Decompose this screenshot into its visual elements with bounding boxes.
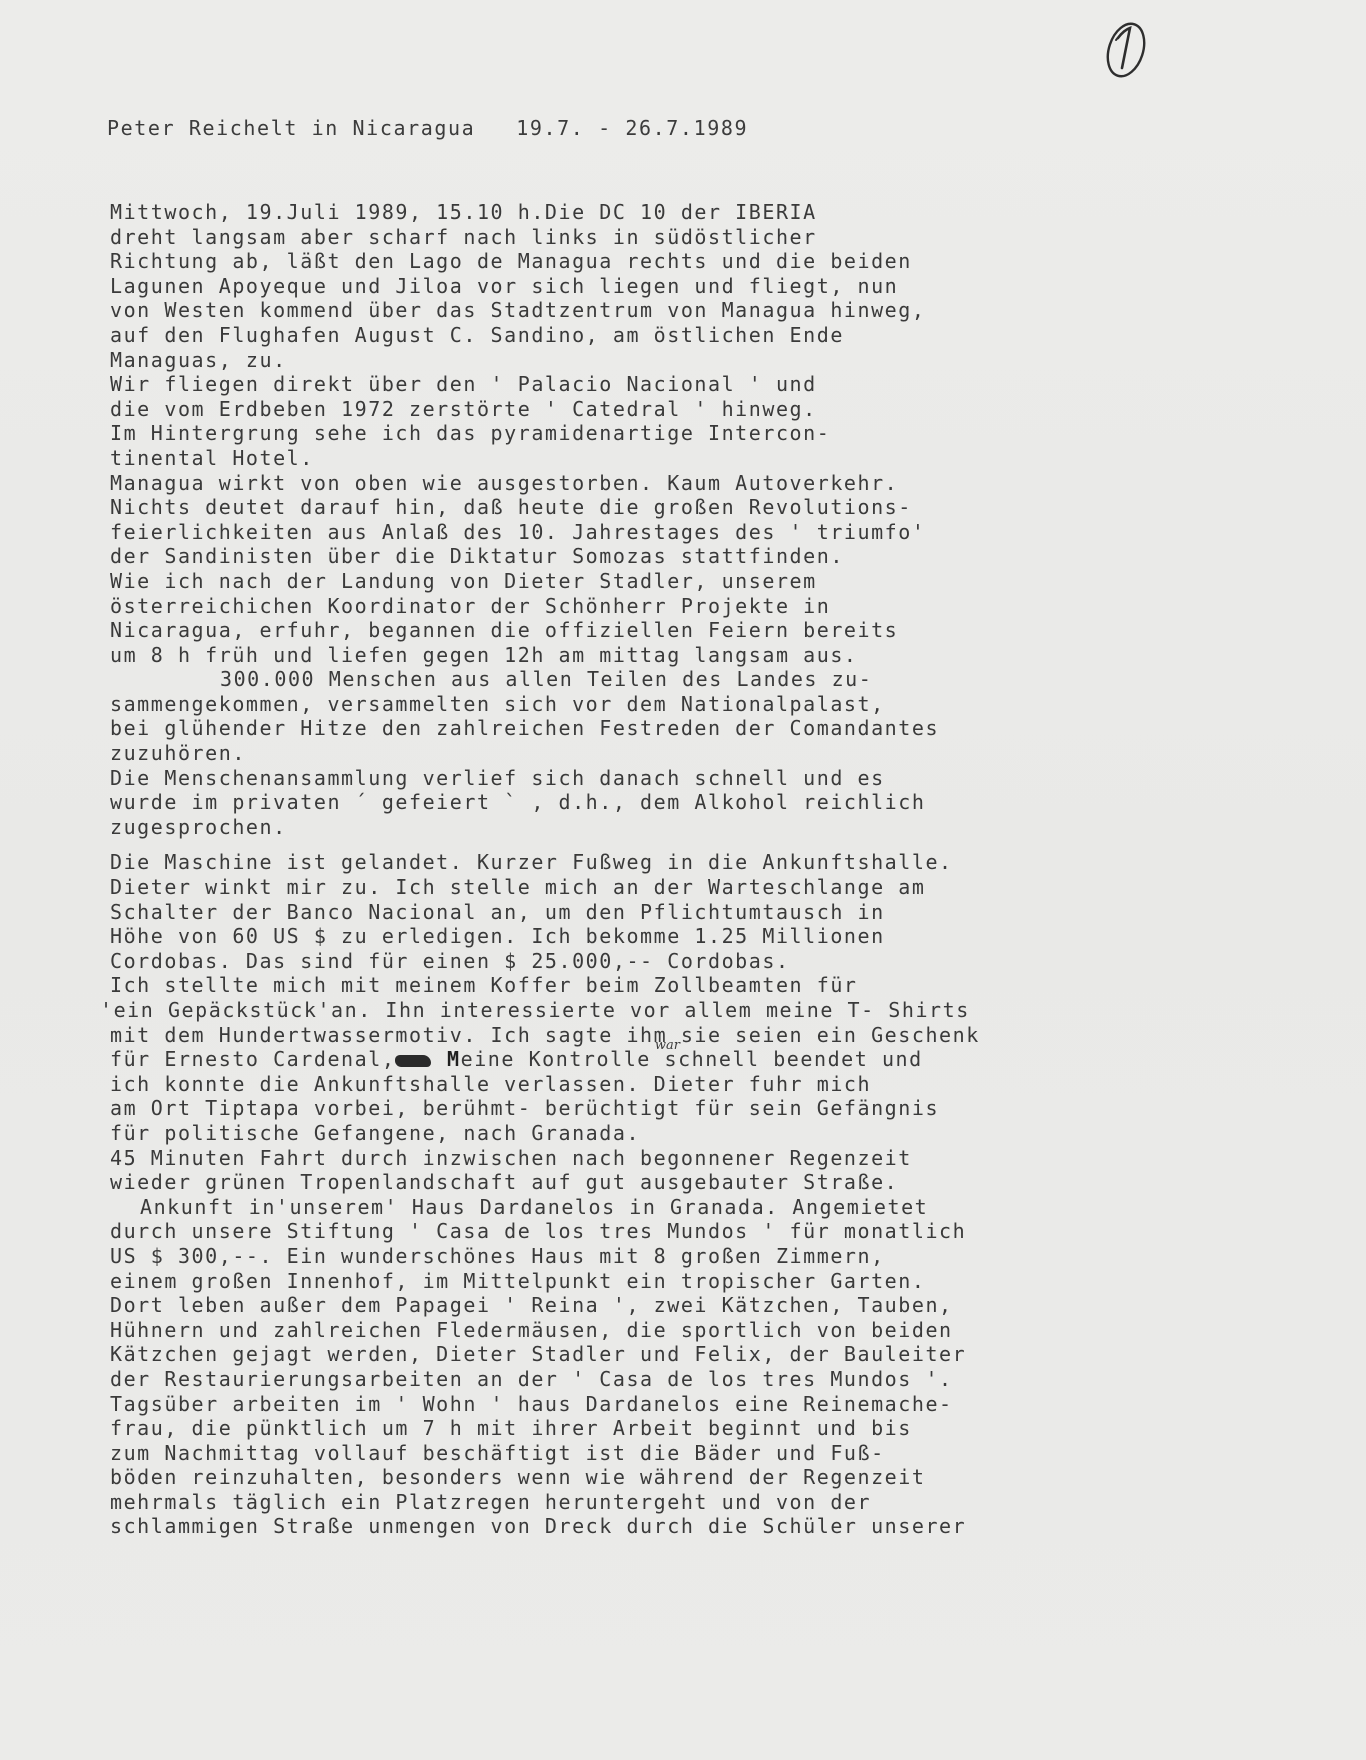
text-line: Tagsüber arbeiten im ' Wohn ' haus Darda… [110, 1392, 1230, 1417]
text-line: Schalter der Banco Nacional an, um den P… [110, 900, 1230, 925]
circled-number-icon [1100, 16, 1152, 82]
paragraph-drive-granada: ich konnte die Ankunftshalle verlassen. … [110, 1072, 1230, 1195]
text-line: Managuas, zu. [110, 348, 1230, 373]
document-title: Peter Reichelt in Nicaragua 19.7. - 26.7… [107, 116, 748, 140]
text-line: böden reinzuhalten, besonders wenn wie w… [110, 1465, 1230, 1490]
paragraph-arrival-flight: Mittwoch, 19.Juli 1989, 15.10 h.Die DC 1… [110, 200, 1230, 667]
text-line: wurde im privaten ´ gefeiert ` , d.h., d… [110, 790, 1230, 815]
paragraph-landing: Die Maschine ist gelandet. Kurzer Fußweg… [110, 850, 1230, 1047]
text-line: wieder grünen Tropenlandschaft auf gut a… [110, 1170, 1230, 1195]
paragraph-celebrations: 300.000 Menschen aus allen Teilen des La… [110, 667, 1230, 839]
text-line: Wie ich nach der Landung von Dieter Stad… [110, 569, 1230, 594]
text-line: Richtung ab, läßt den Lago de Managua re… [110, 249, 1230, 274]
text-line: Nichts deutet darauf hin, daß heute die … [110, 495, 1230, 520]
text-segment: für Ernesto Cardenal, [110, 1047, 395, 1071]
text-line: Hühnern und zahlreichen Fledermäusen, di… [110, 1318, 1230, 1343]
text-line: der Restaurierungsarbeiten an der ' Casa… [110, 1367, 1230, 1392]
paragraph-haus-dardanelos: Ankunft in'unserem' Haus Dardanelos in G… [110, 1195, 1230, 1539]
text-line: Ankunft in'unserem' Haus Dardanelos in G… [110, 1195, 1230, 1220]
text-segment: eine Kontrolle [461, 1047, 651, 1071]
text-line: 'ein Gepäckstück'an. Ihn interessierte v… [100, 998, 1230, 1023]
text-line: Dort leben außer dem Papagei ' Reina ', … [110, 1293, 1230, 1318]
text-line: Wir fliegen direkt über den ' Palacio Na… [110, 372, 1230, 397]
text-line: Cordobas. Das sind für einen $ 25.000,--… [110, 949, 1230, 974]
text-line: Dieter winkt mir zu. Ich stelle mich an … [110, 875, 1230, 900]
text-line: ich konnte die Ankunftshalle verlassen. … [110, 1072, 1230, 1097]
text-line: feierlichkeiten aus Anlaß des 10. Jahres… [110, 520, 1230, 545]
insertion-point: war [651, 1047, 665, 1072]
text-line: frau, die pünktlich um 7 h mit ihrer Arb… [110, 1416, 1230, 1441]
text-line: Ich stellte mich mit meinem Koffer beim … [110, 973, 1230, 998]
document-body: Mittwoch, 19.Juli 1989, 15.10 h.Die DC 1… [110, 200, 1230, 1539]
text-line: US $ 300,--. Ein wunderschönes Haus mit … [110, 1244, 1230, 1269]
text-line: Mittwoch, 19.Juli 1989, 15.10 h.Die DC 1… [110, 200, 1230, 225]
text-line: Die Menschenansammlung verlief sich dana… [110, 766, 1230, 791]
text-line: für politische Gefangene, nach Granada. [110, 1121, 1230, 1146]
text-line: schlammigen Straße unmengen von Dreck du… [110, 1514, 1230, 1539]
text-line: 300.000 Menschen aus allen Teilen des La… [110, 667, 1230, 692]
text-line: die vom Erdbeben 1972 zerstörte ' Catedr… [110, 397, 1230, 422]
text-line: von Westen kommend über das Stadtzentrum… [110, 298, 1230, 323]
text-line: österreichichen Koordinator der Schönher… [110, 594, 1230, 619]
handwritten-insertion: war [655, 1034, 680, 1059]
ink-blot-correction [395, 1055, 431, 1067]
text-line: Nicaragua, erfuhr, begannen die offiziel… [110, 618, 1230, 643]
text-segment: schnell beendet und [664, 1047, 922, 1071]
text-line: bei glühender Hitze den zahlreichen Fest… [110, 716, 1230, 741]
text-line: auf den Flughafen August C. Sandino, am … [110, 323, 1230, 348]
text-line: einem großen Innenhof, im Mittelpunkt ei… [110, 1269, 1230, 1294]
text-line: Managua wirkt von oben wie ausgestorben.… [110, 471, 1230, 496]
text-line: Lagunen Apoyeque und Jiloa vor sich lieg… [110, 274, 1230, 299]
handwritten-page-number [1100, 16, 1152, 82]
text-line: am Ort Tiptapa vorbei, berühmt- berüchti… [110, 1096, 1230, 1121]
text-line: tinental Hotel. [110, 446, 1230, 471]
scanned-page: Peter Reichelt in Nicaragua 19.7. - 26.7… [0, 0, 1366, 1760]
text-line: der Sandinisten über die Diktatur Somoza… [110, 544, 1230, 569]
text-line: zum Nachmittag vollauf beschäftigt ist d… [110, 1441, 1230, 1466]
text-line: 45 Minuten Fahrt durch inzwischen nach b… [110, 1146, 1230, 1171]
text-line: Die Maschine ist gelandet. Kurzer Fußweg… [110, 850, 1230, 875]
text-line: durch unsere Stiftung ' Casa de los tres… [110, 1219, 1230, 1244]
text-line: mehrmals täglich ein Platzregen herunter… [110, 1490, 1230, 1515]
corrected-text-line: für Ernesto Cardenal, Meine Kontrollewar… [110, 1047, 1230, 1072]
text-line: Höhe von 60 US $ zu erledigen. Ich bekom… [110, 924, 1230, 949]
text-line: sammengekommen, versammelten sich vor de… [110, 692, 1230, 717]
text-line: dreht langsam aber scharf nach links in … [110, 225, 1230, 250]
text-line: zuzuhören. [110, 741, 1230, 766]
text-line: zugesprochen. [110, 815, 1230, 840]
text-line: Im Hintergrung sehe ich das pyramidenart… [110, 421, 1230, 446]
text-line: um 8 h früh und liefen gegen 12h am mitt… [110, 643, 1230, 668]
overprinted-letter: M [447, 1047, 461, 1071]
paragraph-gap [110, 839, 1230, 850]
text-line: Kätzchen gejagt werden, Dieter Stadler u… [110, 1342, 1230, 1367]
